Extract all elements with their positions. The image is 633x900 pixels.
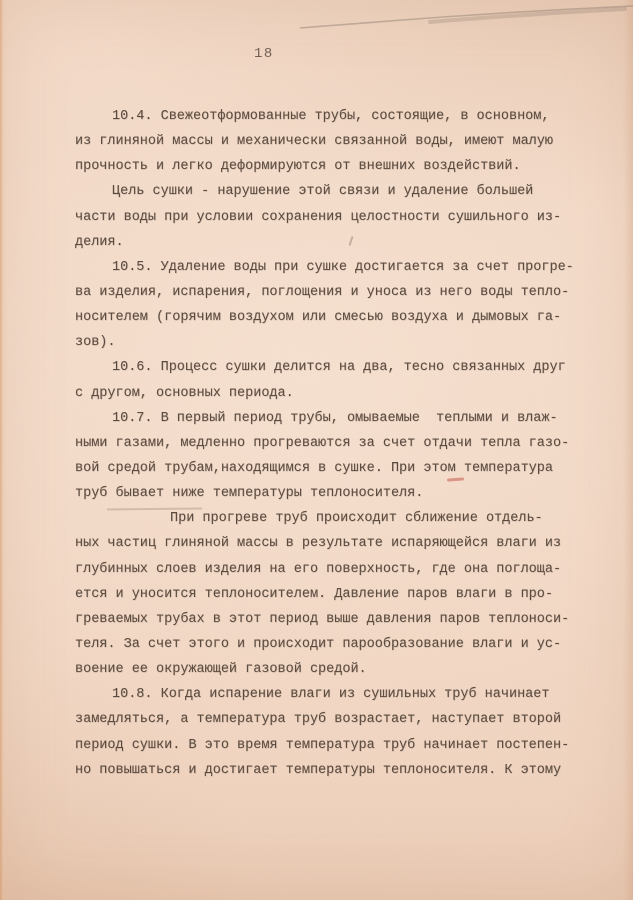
page-left-crease (0, 0, 8, 900)
text-line: 10.8. Когда испарение влаги из сушильных… (75, 682, 575, 707)
text-line: теля. За счет этого и происходит парообр… (75, 632, 575, 657)
text-line: труб бывает ниже температуры теплоносите… (75, 481, 575, 506)
text-line: глубинных слоев изделия на его поверхнос… (75, 557, 575, 582)
text-line: ными газами, медленно прогреваются за сч… (75, 431, 575, 456)
text-line: 10.6. Процесс сушки делится на два, тесн… (75, 355, 575, 380)
page-right-shade (623, 0, 633, 900)
text-line: части воды при условии сохранения целост… (75, 205, 575, 230)
text-line: вой средой трубам,находящимся в сушке. П… (75, 456, 575, 481)
text-line: прочность и легко деформируются от внешн… (75, 154, 575, 179)
text-line: греваемых трубах в этот период выше давл… (75, 607, 575, 632)
text-line: делия. (75, 230, 575, 255)
text-line: 10.5. Удаление воды при сушке достигаетс… (75, 255, 575, 280)
text-line: но повышаться и достигает температуры те… (75, 758, 575, 783)
text-line: с другом, основных периода. (75, 381, 575, 406)
text-line: зов). (75, 330, 575, 355)
text-line: из глиняной массы и механически связанно… (75, 129, 575, 154)
page-number: 18 (254, 46, 274, 62)
text-line: ется и уносится теплоносителем. Давление… (75, 582, 575, 607)
scanned-page: 18 10.4. Свежеотформованные трубы, состо… (0, 0, 633, 900)
text-block: 10.4. Свежеотформованные трубы, состоящи… (75, 104, 575, 783)
text-line: 10.7. В первый период трубы, омываемые т… (75, 406, 575, 431)
text-line: период сушки. В это время температура тр… (75, 733, 575, 758)
text-line: ных частиц глиняной массы в результате и… (75, 531, 575, 556)
pencil-streak-mark (0, 0, 633, 60)
text-line: 10.4. Свежеотформованные трубы, состоящи… (75, 104, 575, 129)
text-line: замедляться, а температура труб возраста… (75, 707, 575, 732)
text-line: воение ее окружающей газовой средой. (75, 657, 575, 682)
text-line: Цель сушки - нарушение этой связи и удал… (75, 179, 575, 204)
text-line: ва изделия, испарения, поглощения и унос… (75, 280, 575, 305)
text-line: носителем (горячим воздухом или смесью в… (75, 305, 575, 330)
